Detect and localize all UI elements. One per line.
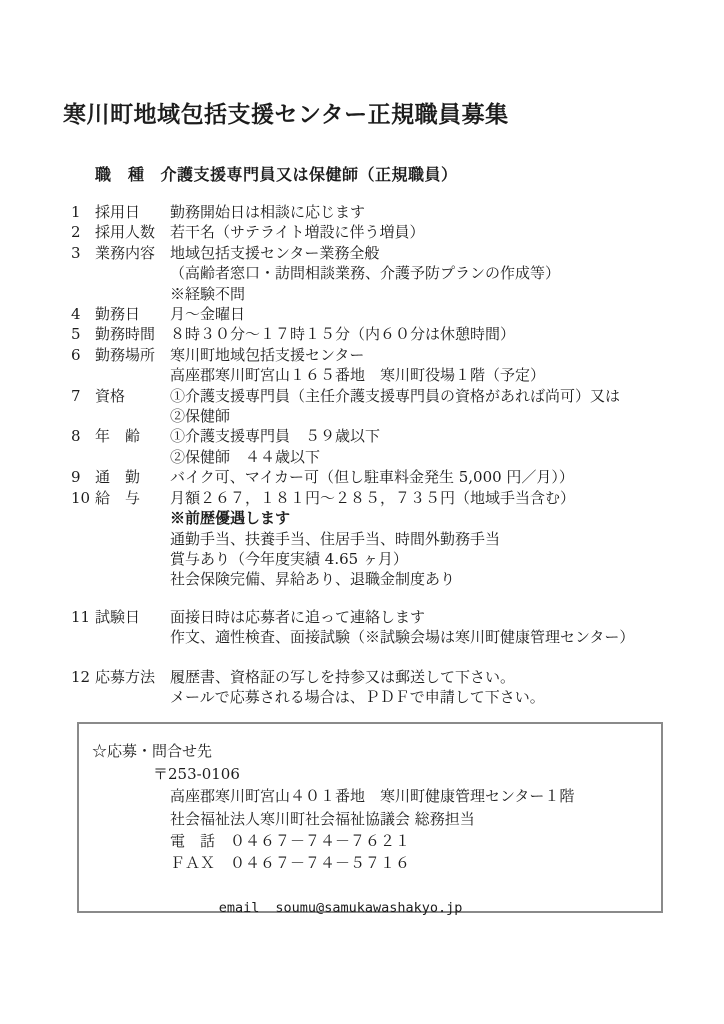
item-label — [95, 365, 170, 385]
item-row-12-cont-1: メールで応募される場合は、ＰＤＦで申請して下さい。 — [71, 687, 724, 707]
contact-postal-code: 〒253-0106 — [153, 763, 661, 785]
item-value: 若干名（サテライト増設に伴う増員） — [170, 222, 724, 242]
item-number — [71, 529, 95, 549]
item-number: 2 — [71, 222, 95, 242]
item-value: 通勤手当、扶養手当、住居手当、時間外勤務手当 — [170, 529, 724, 549]
item-value: 履歴書、資格証の写しを持参又は郵送して下さい。 — [170, 667, 724, 687]
item-value: 賞与あり（今年度実績 4.65 ヶ月） — [170, 549, 724, 569]
job-type-value: 介護支援専門員又は保健師（正規職員） — [161, 165, 458, 184]
item-number — [71, 508, 95, 528]
item-number: 9 — [71, 467, 95, 487]
contact-line-2: 電 話 ０４６７－７４－７６２１ — [170, 830, 661, 852]
item-row-10-cont-4: 社会保険完備、昇給あり、退職金制度あり — [71, 569, 724, 589]
item-value: 月額２６７，１８１円～２８５，７３５円（地域手当含む） — [170, 488, 724, 508]
item-label: 試験日 — [95, 607, 170, 627]
item-label — [95, 284, 170, 304]
item-value: ①介護支援専門員（主任介護支援専門員の資格があれば尚可）又は — [170, 386, 724, 406]
item-row-3: 3業務内容地域包括支援センター業務全般 — [71, 243, 724, 263]
item-row-12: 12応募方法履歴書、資格証の写しを持参又は郵送して下さい。 — [71, 667, 724, 687]
contact-line-1: 社会福祉法人寒川町社会福祉協議会 総務担当 — [170, 808, 661, 830]
item-value: 地域包括支援センター業務全般 — [170, 243, 724, 263]
email-address: soumu@samukawashakyo.jp — [275, 900, 462, 916]
item-value: 寒川町地域包括支援センター — [170, 345, 724, 365]
item-row-2: 2採用人数若干名（サテライト増設に伴う増員） — [71, 222, 724, 242]
item-value: 月～金曜日 — [170, 304, 724, 324]
item-row-7: 7資格①介護支援専門員（主任介護支援専門員の資格があれば尚可）又は — [71, 386, 724, 406]
item-label — [95, 508, 170, 528]
item-label — [95, 569, 170, 589]
item-value: ②保健師 — [170, 406, 724, 426]
item-row-11: 11試験日面接日時は応募者に追って連絡します — [71, 607, 724, 627]
contact-lines: 高座郡寒川町宮山４０１番地 寒川町健康管理センター１階社会福祉法人寒川町社会福祉… — [92, 785, 661, 875]
contact-box: ☆応募・問合せ先 〒253-0106 高座郡寒川町宮山４０１番地 寒川町健康管理… — [77, 722, 663, 913]
item-label — [95, 263, 170, 283]
contact-line-0: 高座郡寒川町宮山４０１番地 寒川町健康管理センター１階 — [170, 785, 661, 807]
item-label: 勤務日 — [95, 304, 170, 324]
item-number — [71, 627, 95, 647]
item-number — [71, 569, 95, 589]
item-row-6-cont-1: 高座郡寒川町宮山１６５番地 寒川町役場１階（予定） — [71, 365, 724, 385]
item-number: 11 — [71, 607, 95, 627]
item-value: 作文、適性検査、面接試験（※試験会場は寒川町健康管理センター） — [170, 627, 724, 647]
contact-line-3: ＦＡＸ ０４６７－７４－５７１６ — [170, 852, 661, 874]
job-type-label: 職 種 — [95, 165, 145, 184]
page-title: 寒川町地域包括支援センター正規職員募集 — [63, 100, 724, 130]
item-label: 採用日 — [95, 202, 170, 222]
item-row-7-cont-1: ②保健師 — [71, 406, 724, 426]
item-number: 8 — [71, 426, 95, 446]
item-number — [71, 687, 95, 707]
item-label — [95, 447, 170, 467]
item-row-4: 4勤務日月～金曜日 — [71, 304, 724, 324]
item-value: ②保健師 ４４歳以下 — [170, 447, 724, 467]
item-row-8: 8年 齢①介護支援専門員 ５９歳以下 — [71, 426, 724, 446]
item-value: ※前歴優遇します — [170, 508, 724, 528]
item-row-9: 9通 勤バイク可、マイカー可（但し駐車料金発生 5,000 円／月）） — [71, 467, 724, 487]
item-label — [95, 687, 170, 707]
item-label: 給 与 — [95, 488, 170, 508]
item-row-11-cont-1: 作文、適性検査、面接試験（※試験会場は寒川町健康管理センター） — [71, 627, 724, 647]
item-value: 社会保険完備、昇給あり、退職金制度あり — [170, 569, 724, 589]
item-number — [71, 263, 95, 283]
item-value: バイク可、マイカー可（但し駐車料金発生 5,000 円／月）） — [170, 467, 724, 487]
item-label: 採用人数 — [95, 222, 170, 242]
contact-email-line: emailsoumu@samukawashakyo.jp — [170, 875, 661, 942]
item-row-10: 10給 与月額２６７，１８１円～２８５，７３５円（地域手当含む） — [71, 488, 724, 508]
item-number — [71, 284, 95, 304]
contact-heading: ☆応募・問合せ先 — [92, 740, 661, 762]
item-value: 高座郡寒川町宮山１６５番地 寒川町役場１階（予定） — [170, 365, 724, 385]
email-label: email — [219, 900, 260, 916]
item-number: 1 — [71, 202, 95, 222]
item-label: 勤務時間 — [95, 324, 170, 344]
item-label — [95, 406, 170, 426]
item-label: 応募方法 — [95, 667, 170, 687]
item-row-3-cont-1: （高齢者窓口・訪問相談業務、介護予防プランの作成等） — [71, 263, 724, 283]
item-label: 勤務場所 — [95, 345, 170, 365]
item-number — [71, 549, 95, 569]
item-row-10-cont-2: 通勤手当、扶養手当、住居手当、時間外勤務手当 — [71, 529, 724, 549]
item-row-10-cont-1: ※前歴優遇します — [71, 508, 724, 528]
item-label — [95, 529, 170, 549]
item-number: 4 — [71, 304, 95, 324]
recruitment-items-list: 1採用日勤務開始日は相談に応じます2採用人数若干名（サテライト増設に伴う増員）3… — [71, 202, 724, 707]
item-row-8-cont-1: ②保健師 ４４歳以下 — [71, 447, 724, 467]
item-value: （高齢者窓口・訪問相談業務、介護予防プランの作成等） — [170, 263, 724, 283]
item-label: 通 勤 — [95, 467, 170, 487]
item-row-6: 6勤務場所寒川町地域包括支援センター — [71, 345, 724, 365]
item-label: 年 齢 — [95, 426, 170, 446]
job-type-line: 職 種介護支援専門員又は保健師（正規職員） — [95, 164, 724, 186]
item-label: 業務内容 — [95, 243, 170, 263]
item-number — [71, 365, 95, 385]
item-number: 5 — [71, 324, 95, 344]
item-row-3-cont-2: ※経験不問 — [71, 284, 724, 304]
item-value: ※経験不問 — [170, 284, 724, 304]
item-value: 面接日時は応募者に追って連絡します — [170, 607, 724, 627]
item-number — [71, 447, 95, 467]
item-value: メールで応募される場合は、ＰＤＦで申請して下さい。 — [170, 687, 724, 707]
item-number: 7 — [71, 386, 95, 406]
item-label — [95, 627, 170, 647]
item-label — [95, 549, 170, 569]
item-value: ①介護支援専門員 ５９歳以下 — [170, 426, 724, 446]
item-row-10-cont-3: 賞与あり（今年度実績 4.65 ヶ月） — [71, 549, 724, 569]
item-label: 資格 — [95, 386, 170, 406]
item-number: 10 — [71, 488, 95, 508]
item-row-5: 5勤務時間８時３０分～１７時１５分（内６０分は休憩時間） — [71, 324, 724, 344]
item-value: 勤務開始日は相談に応じます — [170, 202, 724, 222]
item-number: 12 — [71, 667, 95, 687]
item-row-1: 1採用日勤務開始日は相談に応じます — [71, 202, 724, 222]
item-number: 3 — [71, 243, 95, 263]
document-page: 寒川町地域包括支援センター正規職員募集 職 種介護支援専門員又は保健師（正規職員… — [0, 0, 724, 1024]
item-number: 6 — [71, 345, 95, 365]
item-number — [71, 406, 95, 426]
item-value: ８時３０分～１７時１５分（内６０分は休憩時間） — [170, 324, 724, 344]
